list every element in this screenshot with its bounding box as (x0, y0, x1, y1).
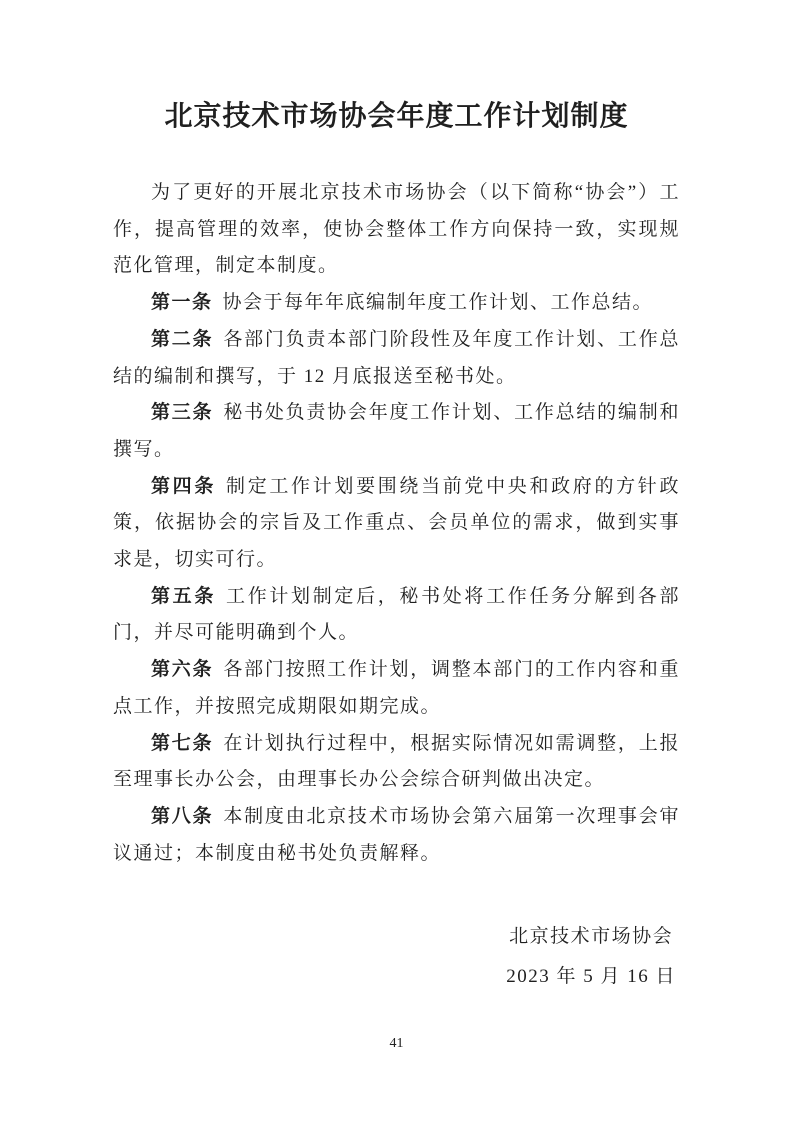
article-paragraph: 第一条协会于每年年底编制年度工作计划、工作总结。 (113, 285, 680, 322)
article-number-label: 第五条 (151, 586, 216, 607)
article-paragraph: 第三条秘书处负责协会年度工作计划、工作总结的编制和撰写。 (113, 395, 680, 468)
intro-paragraph: 为了更好的开展北京技术市场协会（以下简称“协会”）工作，提高管理的效率，使协会整… (113, 175, 680, 285)
document-title: 北京技术市场协会年度工作计划制度 (113, 97, 680, 137)
article-text: 为了更好的开展北京技术市场协会（以下简称“协会”）工作，提高管理的效率，使协会整… (113, 182, 680, 276)
article-paragraph: 第八条本制度由北京技术市场协会第六届第一次理事会审议通过；本制度由秘书处负责解释… (113, 799, 680, 872)
page-number: 41 (0, 1036, 793, 1052)
article-paragraph: 第四条制定工作计划要围绕当前党中央和政府的方针政策，依据协会的宗旨及工作重点、会… (113, 469, 680, 579)
article-paragraph: 第二条各部门负责本部门阶段性及年度工作计划、工作总结的编制和撰写，于 12 月底… (113, 322, 680, 395)
document-page: 北京技术市场协会年度工作计划制度 为了更好的开展北京技术市场协会（以下简称“协会… (0, 0, 793, 1122)
article-number-label: 第三条 (151, 402, 213, 423)
article-number-label: 第二条 (151, 329, 213, 350)
article-number-label: 第一条 (151, 292, 213, 313)
article-paragraph: 第七条在计划执行过程中，根据实际情况如需调整，上报至理事长办公会，由理事长办公会… (113, 726, 680, 799)
signature-block: 北京技术市场协会 2023 年 5 月 16 日 (506, 917, 676, 997)
document-body: 为了更好的开展北京技术市场协会（以下简称“协会”）工作，提高管理的效率，使协会整… (113, 175, 680, 872)
signature-organization: 北京技术市场协会 (506, 917, 676, 957)
article-number-label: 第六条 (151, 659, 213, 680)
signature-date: 2023 年 5 月 16 日 (506, 957, 676, 997)
article-paragraph: 第五条工作计划制定后，秘书处将工作任务分解到各部门，并尽可能明确到个人。 (113, 579, 680, 652)
article-number-label: 第七条 (151, 733, 213, 754)
article-text: 协会于每年年底编制年度工作计划、工作总结。 (223, 292, 654, 313)
article-paragraph: 第六条各部门按照工作计划，调整本部门的工作内容和重点工作，并按照完成期限如期完成… (113, 652, 680, 725)
article-number-label: 第八条 (151, 806, 213, 827)
article-number-label: 第四条 (151, 476, 216, 497)
